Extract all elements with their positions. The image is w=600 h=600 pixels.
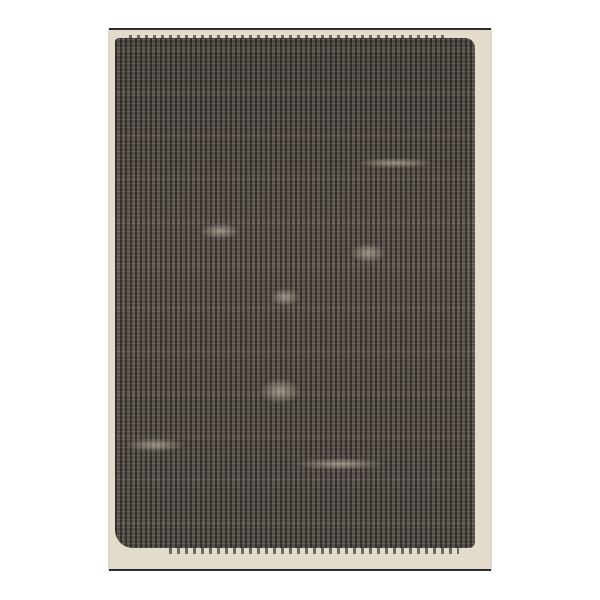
top-fray <box>129 35 449 39</box>
wear-spot <box>350 243 386 263</box>
wear-spot <box>270 288 300 306</box>
wear-spot <box>355 158 435 168</box>
wear-spot <box>200 223 240 239</box>
wear-spot <box>125 438 185 452</box>
bottom-fray <box>169 546 459 554</box>
rug-field <box>115 38 475 548</box>
wear-spot <box>295 458 385 470</box>
wear-spot <box>260 378 300 404</box>
rug <box>109 29 491 570</box>
